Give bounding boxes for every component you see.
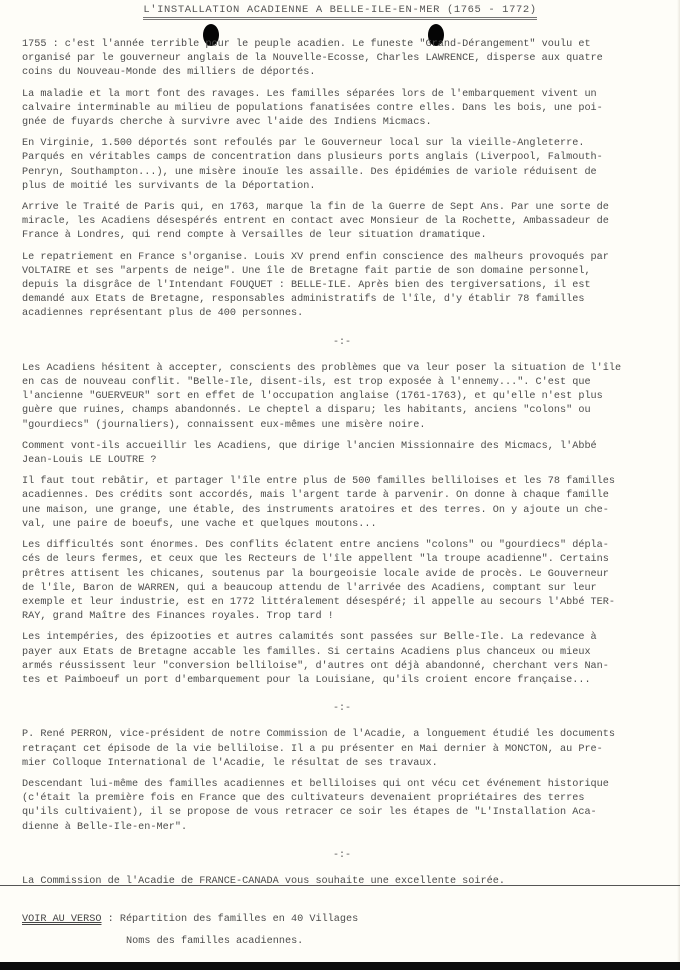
paragraph: Arrive le Traité de Paris qui, en 1763, …: [22, 201, 662, 244]
closing-line: La Commission de l'Acadie de FRANCE-CANA…: [22, 875, 662, 889]
section-separator: -:-: [22, 849, 662, 863]
paragraph: Descendant lui-même des familles acadien…: [22, 778, 662, 835]
scan-background: [0, 962, 680, 970]
paragraph: Comment vont-ils accueillir les Acadiens…: [22, 440, 662, 468]
document-title: L'INSTALLATION ACADIENNE A BELLE-ILE-EN-…: [0, 4, 680, 20]
section-separator: -:-: [22, 702, 662, 716]
verso-line-2: Noms des familles acadiennes.: [22, 931, 642, 953]
verso-note: VOIR AU VERSO : Répartition des familles…: [22, 909, 642, 953]
paragraph: Il faut tout rebâtir, et partager l'île …: [22, 475, 662, 532]
paragraph: Les difficultés sont énormes. Des confli…: [22, 539, 662, 624]
paragraph: La maladie et la mort font des ravages. …: [22, 88, 662, 131]
paragraph: Les intempéries, des épizooties et autre…: [22, 631, 662, 688]
verso-line-1: Répartition des familles en 40 Villages: [120, 914, 358, 925]
paragraph: 1755 : c'est l'année terrible pour le pe…: [22, 38, 662, 81]
verso-label: VOIR AU VERSO: [22, 914, 101, 925]
section-separator: -:-: [22, 336, 662, 350]
paragraph: Le repatriement en France s'organise. Lo…: [22, 251, 662, 322]
paragraph: En Virginie, 1.500 déportés sont refoulé…: [22, 137, 662, 194]
verso-colon: :: [101, 914, 119, 925]
paragraph: Les Acadiens hésitent à accepter, consci…: [22, 362, 662, 433]
title-text: L'INSTALLATION ACADIENNE A BELLE-ILE-EN-…: [143, 4, 536, 20]
document-body: 1755 : c'est l'année terrible pour le pe…: [22, 38, 662, 896]
horizontal-rule: [0, 885, 680, 886]
paragraph: P. René PERRON, vice-président de notre …: [22, 728, 662, 771]
